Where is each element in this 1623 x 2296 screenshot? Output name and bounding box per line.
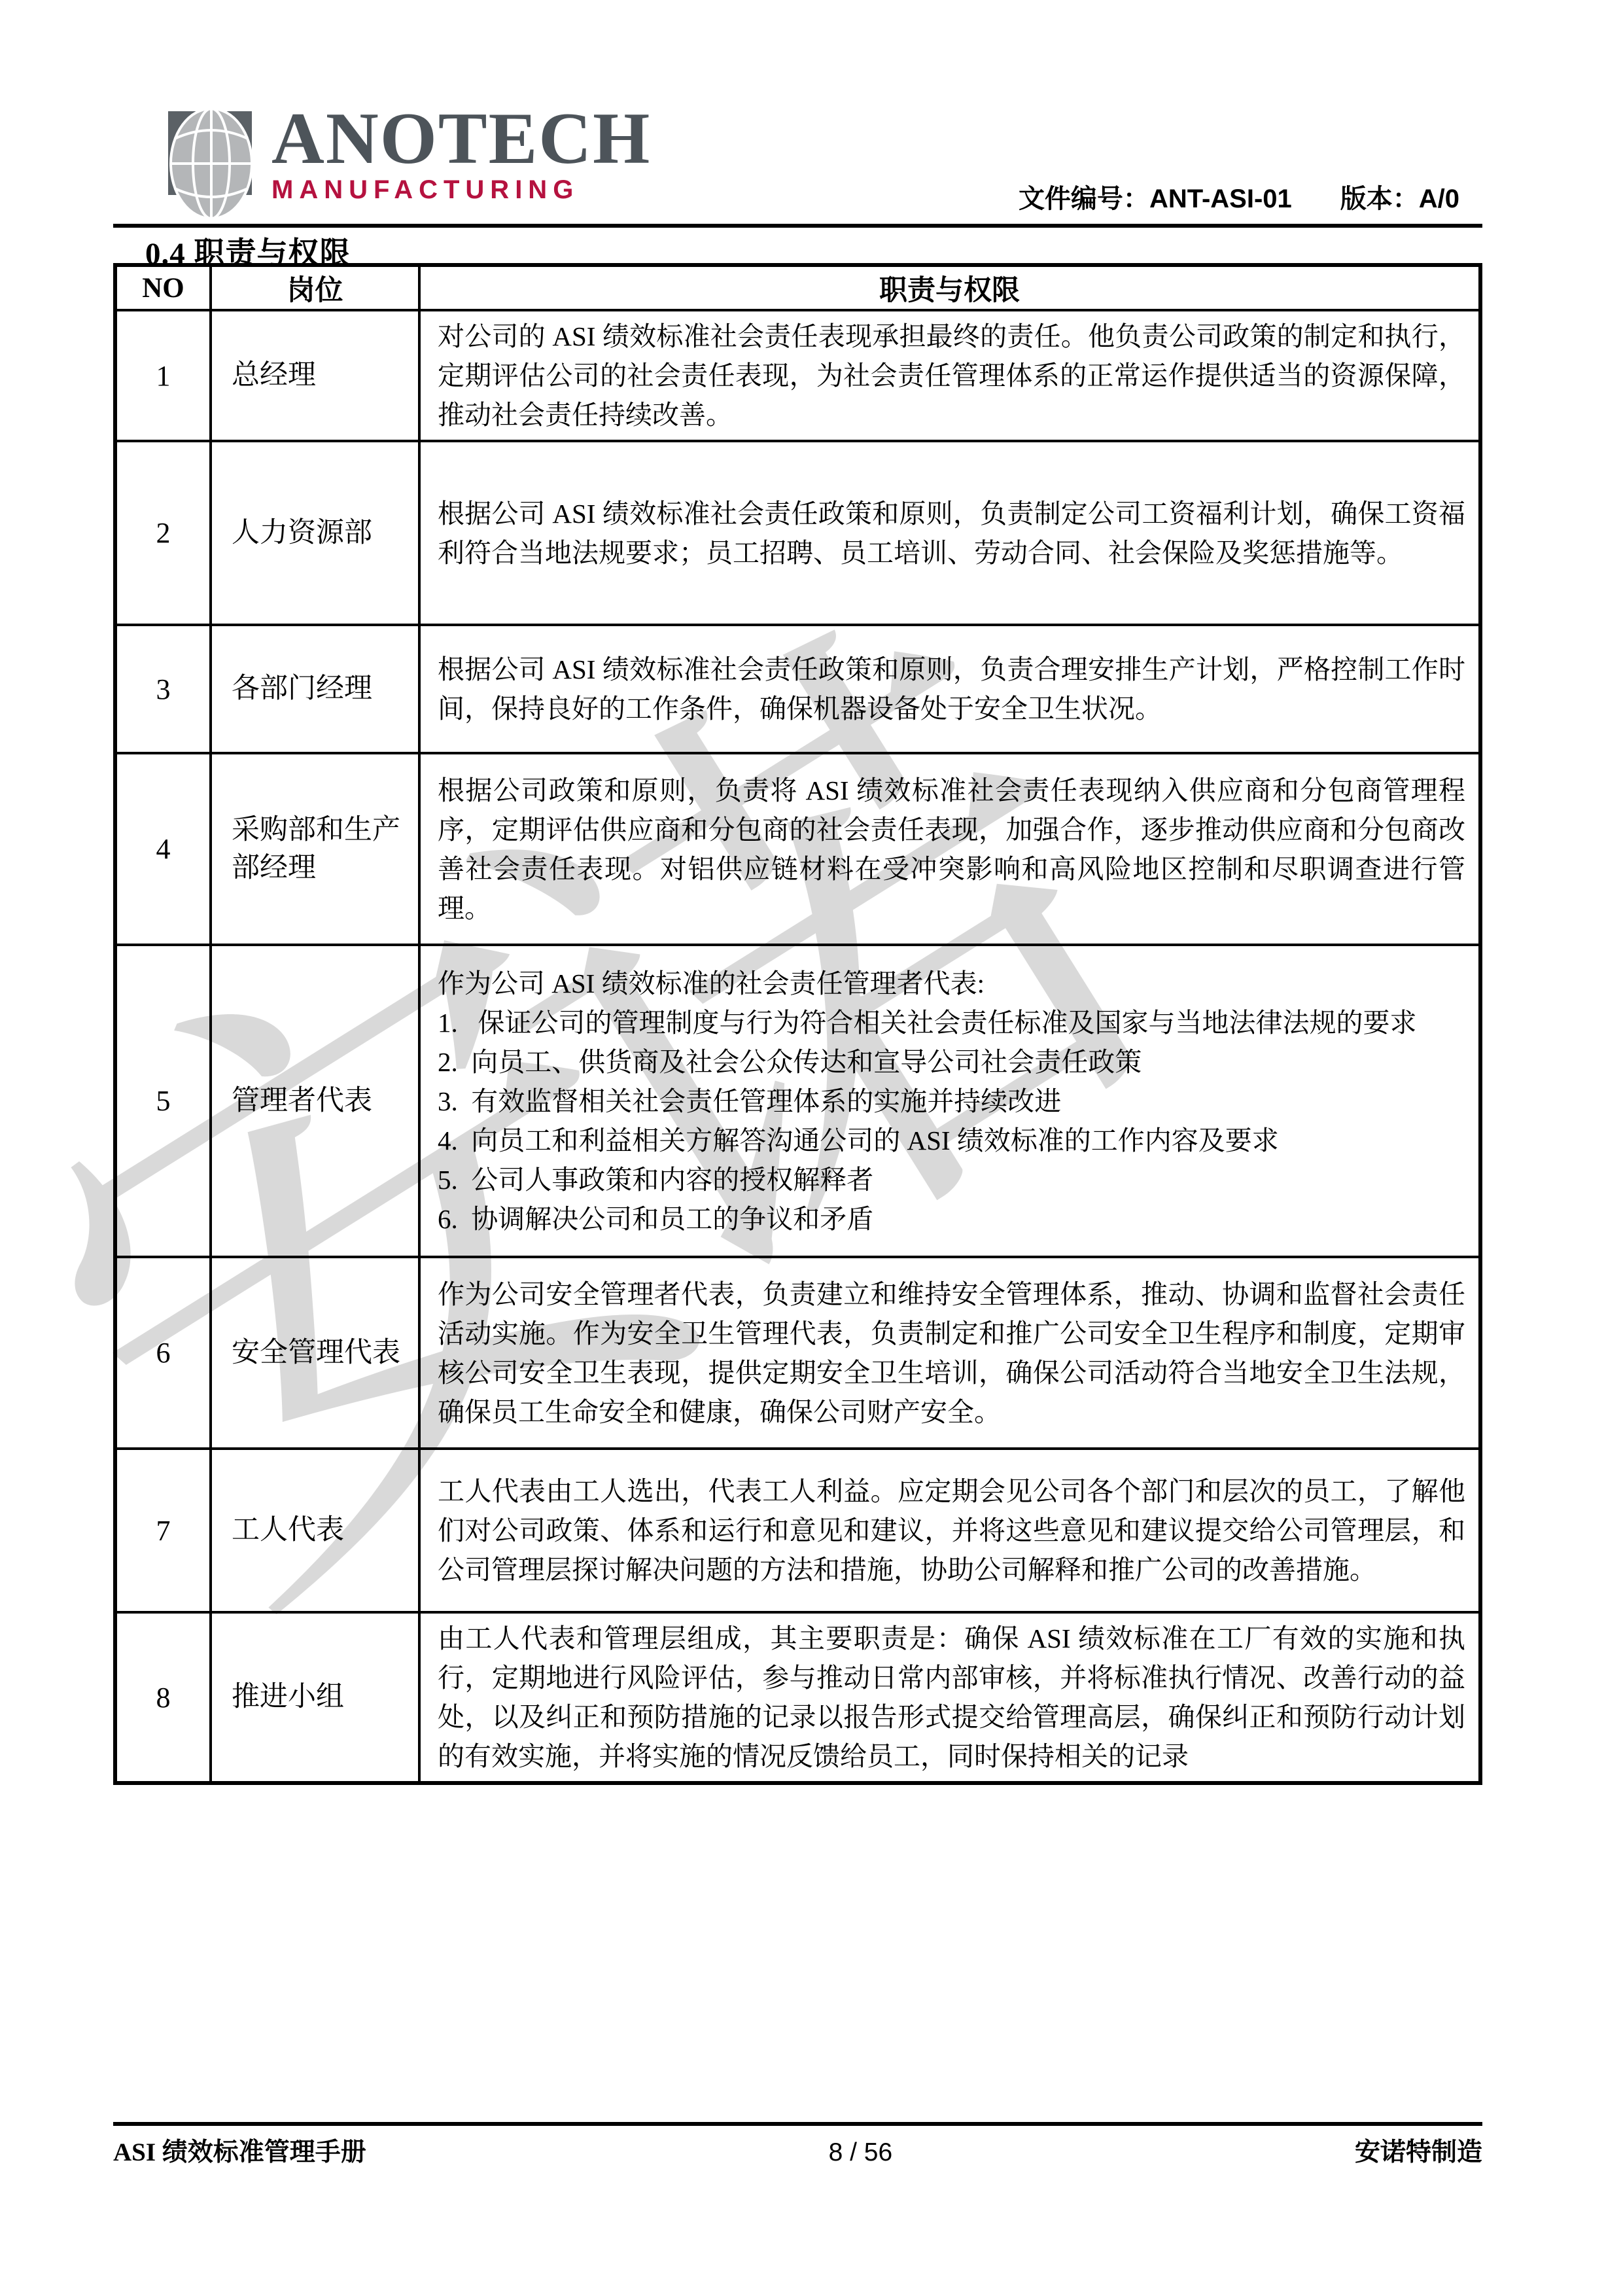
duty-cell: 根据公司 ASI 绩效标准社会责任政策和原则，负责制定公司工资福利计划，确保工资… bbox=[419, 441, 1480, 625]
company-logo: ANOTECH MANUFACTURING bbox=[167, 105, 651, 221]
logo-name: ANOTECH bbox=[271, 105, 651, 173]
duty-cell: 对公司的 ASI 绩效标准社会责任表现承担最终的责任。他负责公司政策的制定和执行… bbox=[419, 310, 1480, 441]
row-number-cell: 4 bbox=[115, 753, 211, 945]
position-cell: 采购部和生产部经理 bbox=[211, 753, 419, 945]
table-row: 2人力资源部根据公司 ASI 绩效标准社会责任政策和原则，负责制定公司工资福利计… bbox=[115, 441, 1480, 625]
duty-line: 1. 保证公司的管理制度与行为符合相关社会责任标准及国家与当地法律法规的要求 bbox=[438, 1003, 1465, 1042]
column-header: 职责与权限 bbox=[419, 265, 1480, 310]
duty-line: 3. 有效监督相关社会责任管理体系的实施并持续改进 bbox=[438, 1082, 1465, 1121]
table-row: 6安全管理代表作为公司安全管理者代表，负责建立和维持安全管理体系，推动、协调和监… bbox=[115, 1257, 1480, 1449]
table-body: 1总经理对公司的 ASI 绩效标准社会责任表现承担最终的责任。他负责公司政策的制… bbox=[115, 310, 1480, 1783]
duty-line: 作为公司安全管理者代表，负责建立和维持安全管理体系，推动、协调和监督社会责任活动… bbox=[438, 1275, 1465, 1432]
row-number-cell: 6 bbox=[115, 1257, 211, 1449]
position-cell: 工人代表 bbox=[211, 1449, 419, 1612]
duty-cell: 工人代表由工人选出，代表工人利益。应定期会见公司各个部门和层次的员工，了解他们对… bbox=[419, 1449, 1480, 1612]
row-number-cell: 1 bbox=[115, 310, 211, 441]
header-divider bbox=[113, 224, 1482, 228]
duty-line: 5. 公司人事政策和内容的授权解释者 bbox=[438, 1160, 1465, 1199]
footer-divider bbox=[113, 2122, 1482, 2126]
row-number-cell: 8 bbox=[115, 1612, 211, 1783]
duty-line: 作为公司 ASI 绩效标准的社会责任管理者代表: bbox=[438, 964, 1465, 1003]
document-meta: 文件编号：ANT-ASI-01版本：A/0 bbox=[1019, 178, 1459, 215]
position-cell: 各部门经理 bbox=[211, 625, 419, 753]
duty-cell: 根据公司 ASI 绩效标准社会责任政策和原则，负责合理安排生产计划，严格控制工作… bbox=[419, 625, 1480, 753]
version-value: A/0 bbox=[1419, 185, 1459, 213]
duty-cell: 作为公司安全管理者代表，负责建立和维持安全管理体系，推动、协调和监督社会责任活动… bbox=[419, 1257, 1480, 1449]
table-row: 4采购部和生产部经理根据公司政策和原则，负责将 ASI 绩效标准社会责任表现纳入… bbox=[115, 753, 1480, 945]
version-label: 版本： bbox=[1340, 185, 1419, 213]
table-row: 7工人代表工人代表由工人选出，代表工人利益。应定期会见公司各个部门和层次的员工，… bbox=[115, 1449, 1480, 1612]
table-row: 1总经理对公司的 ASI 绩效标准社会责任表现承担最终的责任。他负责公司政策的制… bbox=[115, 310, 1480, 441]
duty-line: 根据公司政策和原则，负责将 ASI 绩效标准社会责任表现纳入供应商和分包商管理程… bbox=[438, 771, 1465, 928]
position-cell: 推进小组 bbox=[211, 1612, 419, 1783]
logo-text: ANOTECH MANUFACTURING bbox=[271, 105, 651, 205]
footer-company-name: 安诺特制造 bbox=[1355, 2132, 1482, 2168]
row-number-cell: 5 bbox=[115, 945, 211, 1257]
row-number-cell: 2 bbox=[115, 441, 211, 625]
table-row: 5管理者代表作为公司 ASI 绩效标准的社会责任管理者代表:1. 保证公司的管理… bbox=[115, 945, 1480, 1257]
duty-line: 由工人代表和管理层组成，其主要职责是：确保 ASI 绩效标准在工厂有效的实施和执… bbox=[438, 1619, 1465, 1776]
document-page: 安诺 ANOTECH MANUFACTURING 文件编号：ANT- bbox=[0, 0, 1623, 2296]
table-row: 8推进小组由工人代表和管理层组成，其主要职责是：确保 ASI 绩效标准在工厂有效… bbox=[115, 1612, 1480, 1783]
duty-line: 工人代表由工人选出，代表工人利益。应定期会见公司各个部门和层次的员工，了解他们对… bbox=[438, 1472, 1465, 1589]
doc-number-value: ANT-ASI-01 bbox=[1149, 185, 1292, 213]
page-title: 0.4 职责与权限 bbox=[145, 229, 351, 273]
duty-cell: 根据公司政策和原则，负责将 ASI 绩效标准社会责任表现纳入供应商和分包商管理程… bbox=[419, 753, 1480, 945]
duty-line: 6. 协调解决公司和员工的争议和矛盾 bbox=[438, 1199, 1465, 1239]
responsibilities-table: NO岗位职责与权限 1总经理对公司的 ASI 绩效标准社会责任表现承担最终的责任… bbox=[113, 263, 1482, 1785]
row-number-cell: 7 bbox=[115, 1449, 211, 1612]
duty-line: 对公司的 ASI 绩效标准社会责任表现承担最终的责任。他负责公司政策的制定和执行… bbox=[438, 317, 1465, 434]
position-cell: 安全管理代表 bbox=[211, 1257, 419, 1449]
duty-cell: 由工人代表和管理层组成，其主要职责是：确保 ASI 绩效标准在工厂有效的实施和执… bbox=[419, 1612, 1480, 1783]
duty-line: 根据公司 ASI 绩效标准社会责任政策和原则，负责制定公司工资福利计划，确保工资… bbox=[438, 494, 1465, 573]
logo-subtitle: MANUFACTURING bbox=[271, 174, 651, 205]
position-cell: 总经理 bbox=[211, 310, 419, 441]
duty-line: 2. 向员工、供货商及社会公众传达和宣导公司社会责任政策 bbox=[438, 1042, 1465, 1082]
page-footer: ASI 绩效标准管理手册 8 / 56 安诺特制造 bbox=[113, 2132, 1482, 2168]
duty-cell: 作为公司 ASI 绩效标准的社会责任管理者代表:1. 保证公司的管理制度与行为符… bbox=[419, 945, 1480, 1257]
position-cell: 管理者代表 bbox=[211, 945, 419, 1257]
duty-line: 根据公司 ASI 绩效标准社会责任政策和原则，负责合理安排生产计划，严格控制工作… bbox=[438, 650, 1465, 728]
row-number-cell: 3 bbox=[115, 625, 211, 753]
table-row: 3各部门经理根据公司 ASI 绩效标准社会责任政策和原则，负责合理安排生产计划，… bbox=[115, 625, 1480, 753]
globe-icon bbox=[167, 105, 260, 221]
doc-number-label: 文件编号： bbox=[1019, 185, 1149, 213]
position-cell: 人力资源部 bbox=[211, 441, 419, 625]
footer-page-number: 8 / 56 bbox=[829, 2138, 893, 2167]
duty-line: 4. 向员工和利益相关方解答沟通公司的 ASI 绩效标准的工作内容及要求 bbox=[438, 1121, 1465, 1160]
footer-manual-title: ASI 绩效标准管理手册 bbox=[113, 2132, 366, 2168]
